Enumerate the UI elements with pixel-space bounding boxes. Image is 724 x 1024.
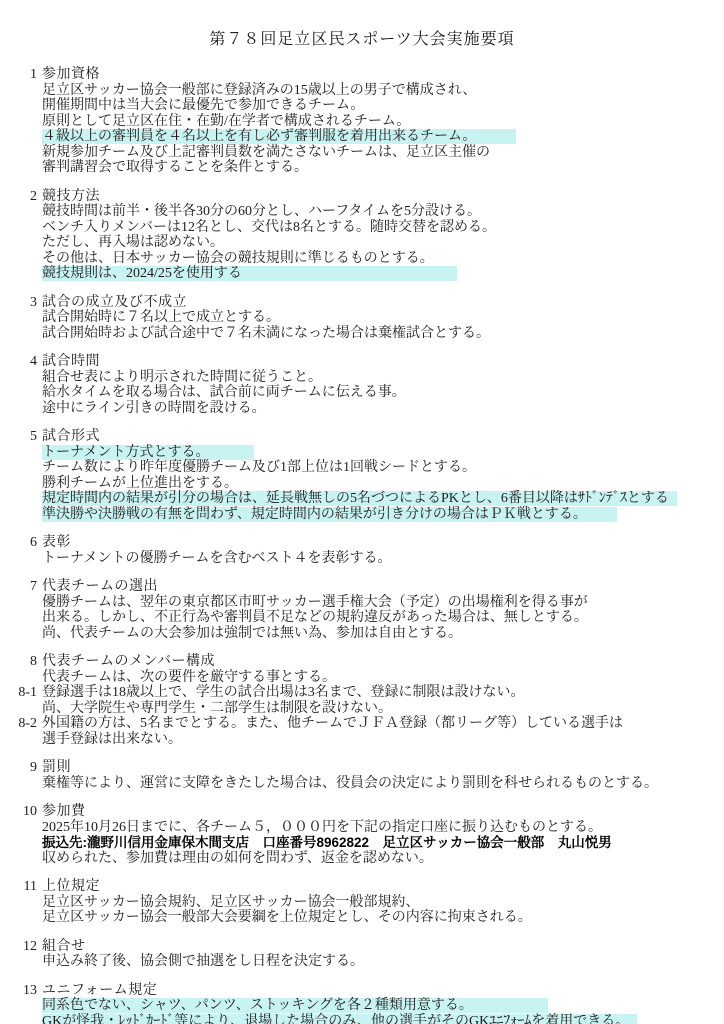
line-text: ベンチ入りメンバーは12名とし、交代は8名とする。随時交替を認める。 (42, 220, 496, 235)
section-line: 申込み終了後、協会側で抽選をし日程を決定する。 (0, 954, 724, 970)
section-line: 途中にライン引きの時間を設ける。 (0, 401, 724, 417)
section-header: 3 試合の成立及び不成立 (0, 295, 724, 311)
line-text: 代表チームは、次の要件を厳守する事とする。 (42, 670, 336, 685)
line-text: ４級以上の審判員を４名以上を有し必ず審判服を着用出来るチーム。 (42, 129, 516, 144)
line-text: 競技規則は、2024/25を使用する (42, 266, 457, 281)
section: 3 試合の成立及び不成立 試合開始時に７名以上で成立とする。 試合開始時および試… (0, 295, 724, 342)
section-number: 9 (0, 760, 37, 776)
section-heading: 組合せ (42, 939, 86, 954)
section-line: 試合開始時に７名以上で成立とする。 (0, 310, 724, 326)
section-lines: 足立区サッカー協会規約、足立区サッカー協会一般部規約、 足立区サッカー協会一般部… (0, 895, 724, 926)
section-lines: 組合せ表により明示された時間に従うこと。 給水タイムを取る場合は、試合前に両チー… (0, 370, 724, 417)
line-text: 給水タイムを取る場合は、試合前に両チームに伝える事。 (42, 385, 406, 400)
section-header: 5 試合形式 (0, 429, 724, 445)
line-text: その他は、日本サッカー協会の競技規則に準じるものとする。 (42, 251, 434, 266)
line-text: 足立区サッカー協会一般部に登録済みの15歳以上の男子で構成され、 (42, 83, 477, 98)
section: 5 試合形式 トーナメント方式とする。 チーム数により昨年度優勝チーム及び1部上… (0, 429, 724, 522)
line-text: トーナメント方式とする。 (42, 445, 254, 460)
line-text: GKが怪我・ﾚｯﾄﾞｶｰﾄﾞ等により、退場した場合のみ、他の選手がそのGKﾕﾆﾌ… (42, 1014, 637, 1024)
line-text: トーナメントの優勝チームを含むベスト４を表彰する。 (42, 551, 391, 566)
section-line: 競技規則は、2024/25を使用する (0, 266, 724, 282)
line-text: 外国籍の方は、5名までとする。また、他チームでＪＦＡ登録（都リーグ等）している選… (42, 716, 623, 731)
section: 2 競技方法 競技時間は前半・後半各30分の60分とし、ハーフタイムを5分設ける… (0, 189, 724, 282)
line-text: 原則として足立区在住・在勤/在学者で構成されるチーム。 (42, 114, 410, 129)
section-number: 12 (0, 939, 37, 955)
section-number: 1 (0, 67, 37, 83)
section-lines: 2025年10月26日までに、各チーム５，０００円を下記の指定口座に振り込むもの… (0, 820, 724, 867)
line-text: 途中にライン引きの時間を設ける。 (42, 401, 266, 416)
section-lines: トーナメントの優勝チームを含むベスト４を表彰する。 (0, 551, 724, 567)
section-line: 尚、大学院生や専門学生・二部学生は制限を設けない。 (0, 701, 724, 717)
section-number: 10 (0, 804, 37, 820)
section-lines: 試合開始時に７名以上で成立とする。 試合開始時および試合途中で７名未満になった場… (0, 310, 724, 341)
section-header: 2 競技方法 (0, 189, 724, 205)
document-page: 第７８回足立区民スポーツ大会実施要項 1 参加資格 足立区サッカー協会一般部に登… (0, 0, 724, 1024)
section-line: 競技時間は前半・後半各30分の60分とし、ハーフタイムを5分設ける。 (0, 204, 724, 220)
section-heading: 参加費 (42, 804, 86, 819)
section: 13 ユニフォーム規定 同系色でない、シャツ、パンツ、ストッキングを各２種類用意… (0, 983, 724, 1024)
line-text: 組合せ表により明示された時間に従うこと。 (42, 370, 322, 385)
section-header: 12 組合せ (0, 939, 724, 955)
section-line: 足立区サッカー協会一般部に登録済みの15歳以上の男子で構成され、 (0, 83, 724, 99)
section-line: 収められた、参加費は理由の如何を問わず、返金を認めない。 (0, 851, 724, 867)
section-line: 同系色でない、シャツ、パンツ、ストッキングを各２種類用意する。 (0, 998, 724, 1014)
section-line: 試合開始時および試合途中で７名未満になった場合は棄権試合とする。 (0, 326, 724, 342)
section-heading: 上位規定 (42, 879, 100, 894)
section-lines: 同系色でない、シャツ、パンツ、ストッキングを各２種類用意する。 GKが怪我・ﾚｯ… (0, 998, 724, 1024)
line-text: 振込先:瀧野川信用金庫保木間支店 口座番号8962822 足立区サッカー協会一般… (42, 835, 612, 850)
section-line: 優勝チームは、翌年の東京都区市町サッカー選手権大会（予定）の出場権利を得る事が (0, 595, 724, 611)
section-header: 11 上位規定 (0, 879, 724, 895)
section-heading: 罰則 (42, 760, 71, 775)
section: 1 参加資格 足立区サッカー協会一般部に登録済みの15歳以上の男子で構成され、 … (0, 67, 724, 176)
section-line: ４級以上の審判員を４名以上を有し必ず審判服を着用出来るチーム。 (0, 129, 724, 145)
section: 7 代表チームの選出 優勝チームは、翌年の東京都区市町サッカー選手権大会（予定）… (0, 579, 724, 641)
section-line: GKが怪我・ﾚｯﾄﾞｶｰﾄﾞ等により、退場した場合のみ、他の選手がそのGKﾕﾆﾌ… (0, 1014, 724, 1024)
line-text: 同系色でない、シャツ、パンツ、ストッキングを各２種類用意する。 (42, 998, 548, 1013)
section-lines: 優勝チームは、翌年の東京都区市町サッカー選手権大会（予定）の出場権利を得る事が … (0, 595, 724, 642)
section-header: 13 ユニフォーム規定 (0, 983, 724, 999)
section-heading: 参加資格 (42, 67, 100, 82)
section-line: 原則として足立区在住・在勤/在学者で構成されるチーム。 (0, 114, 724, 130)
line-text: 尚、代表チームの大会参加は強制では無い為、参加は自由とする。 (42, 626, 462, 641)
section-line: 足立区サッカー協会規約、足立区サッカー協会一般部規約、 (0, 895, 724, 911)
section-heading: 試合形式 (42, 429, 100, 444)
section-number: 5 (0, 429, 37, 445)
section-header: 10 参加費 (0, 804, 724, 820)
line-text: 足立区サッカー協会規約、足立区サッカー協会一般部規約、 (42, 895, 419, 910)
section-heading: 代表チームのメンバー構成 (42, 654, 215, 669)
section-line: 振込先:瀧野川信用金庫保木間支店 口座番号8962822 足立区サッカー協会一般… (0, 835, 724, 851)
section-line: 審判講習会で取得することを条件とする。 (0, 160, 724, 176)
line-label: 8-1 (0, 685, 37, 701)
line-text: 勝利チームが上位進出をする。 (42, 476, 238, 491)
line-text: 尚、大学院生や専門学生・二部学生は制限を設けない。 (42, 701, 392, 716)
section-line: トーナメントの優勝チームを含むベスト４を表彰する。 (0, 551, 724, 567)
line-text: 申込み終了後、協会側で抽選をし日程を決定する。 (42, 954, 364, 969)
section-number: 11 (0, 879, 37, 895)
section-line: 代表チームは、次の要件を厳守する事とする。 (0, 670, 724, 686)
section-number: 3 (0, 295, 37, 311)
line-label: 8-2 (0, 716, 37, 732)
line-text: 競技時間は前半・後半各30分の60分とし、ハーフタイムを5分設ける。 (42, 204, 481, 219)
section-line: チーム数により昨年度優勝チーム及び1部上位は1回戦シードとする。 (0, 460, 724, 476)
line-text: 選手登録は出来ない。 (42, 732, 182, 747)
section-line: 組合せ表により明示された時間に従うこと。 (0, 370, 724, 386)
section-lines: 代表チームは、次の要件を厳守する事とする。 8-1 登録選手は18歳以上で、学生… (0, 670, 724, 748)
line-text: 審判講習会で取得することを条件とする。 (42, 160, 308, 175)
section-line: 準決勝や決勝戦の有無を問わず、規定時間内の結果が引き分けの場合はＰＫ戦とする。 (0, 507, 724, 523)
section: 4 試合時間 組合せ表により明示された時間に従うこと。 給水タイムを取る場合は、… (0, 354, 724, 416)
section-line: 出来る。しかし、不正行為や審判員不足などの規約違反があった場合は、無しとする。 (0, 610, 724, 626)
section-lines: 足立区サッカー協会一般部に登録済みの15歳以上の男子で構成され、 開催期間中は当… (0, 83, 724, 176)
section-line: 新規参加チーム及び上記審判員数を満たさないチームは、足立区主催の (0, 145, 724, 161)
section: 11 上位規定 足立区サッカー協会規約、足立区サッカー協会一般部規約、 足立区サ… (0, 879, 724, 926)
section-number: 7 (0, 579, 37, 595)
line-text: 優勝チームは、翌年の東京都区市町サッカー選手権大会（予定）の出場権利を得る事が (42, 595, 588, 610)
section-line: 棄権等により、運営に支障をきたした場合は、役員会の決定により罰則を科せられるもの… (0, 776, 724, 792)
line-text: 規定時間内の結果が引分の場合は、延長戦無しの5名づつによるPKとし、6番目以降は… (42, 491, 677, 506)
section-heading: ユニフォーム規定 (42, 983, 157, 998)
section-line: 尚、代表チームの大会参加は強制では無い為、参加は自由とする。 (0, 626, 724, 642)
line-text: チーム数により昨年度優勝チーム及び1部上位は1回戦シードとする。 (42, 460, 476, 475)
section-header: 8 代表チームのメンバー構成 (0, 654, 724, 670)
line-text: ただし、再入場は認めない。 (42, 235, 224, 250)
section-line: 規定時間内の結果が引分の場合は、延長戦無しの5名づつによるPKとし、6番目以降は… (0, 491, 724, 507)
line-text: 試合開始時に７名以上で成立とする。 (42, 310, 280, 325)
section-lines: 申込み終了後、協会側で抽選をし日程を決定する。 (0, 954, 724, 970)
section-line: 8-2 外国籍の方は、5名までとする。また、他チームでＪＦＡ登録（都リーグ等）し… (0, 716, 724, 732)
section-heading: 代表チームの選出 (42, 579, 158, 594)
section-number: 4 (0, 354, 37, 370)
section-line: 開催期間中は当大会に最優先で参加できるチーム。 (0, 98, 724, 114)
section-header: 1 参加資格 (0, 67, 724, 83)
line-text: 新規参加チーム及び上記審判員数を満たさないチームは、足立区主催の (42, 145, 490, 160)
section-number: 13 (0, 983, 37, 999)
section-number: 8 (0, 654, 37, 670)
section-lines: 競技時間は前半・後半各30分の60分とし、ハーフタイムを5分設ける。 ベンチ入り… (0, 204, 724, 282)
line-text: 試合開始時および試合途中で７名未満になった場合は棄権試合とする。 (42, 326, 490, 341)
section-heading: 試合時間 (42, 354, 100, 369)
section-line: ただし、再入場は認めない。 (0, 235, 724, 251)
line-text: 足立区サッカー協会一般部大会要綱を上位規定とし、その内容に拘束される。 (42, 910, 532, 925)
line-text: 2025年10月26日までに、各チーム５，０００円を下記の指定口座に振り込むもの… (42, 820, 602, 835)
section: 9 罰則 棄権等により、運営に支障をきたした場合は、役員会の決定により罰則を科せ… (0, 760, 724, 791)
section-line: トーナメント方式とする。 (0, 445, 724, 461)
document-title: 第７８回足立区民スポーツ大会実施要項 (0, 26, 724, 49)
line-text: 収められた、参加費は理由の如何を問わず、返金を認めない。 (42, 851, 433, 866)
section: 12 組合せ 申込み終了後、協会側で抽選をし日程を決定する。 (0, 939, 724, 970)
section-line: 勝利チームが上位進出をする。 (0, 476, 724, 492)
section-number: 2 (0, 189, 37, 205)
section-line: 足立区サッカー協会一般部大会要綱を上位規定とし、その内容に拘束される。 (0, 910, 724, 926)
section-heading: 試合の成立及び不成立 (42, 295, 187, 310)
section-header: 7 代表チームの選出 (0, 579, 724, 595)
line-text: 棄権等により、運営に支障をきたした場合は、役員会の決定により罰則を科せられるもの… (42, 776, 658, 791)
section-header: 6 表彰 (0, 535, 724, 551)
section: 8 代表チームのメンバー構成 代表チームは、次の要件を厳守する事とする。 8-1… (0, 654, 724, 747)
section: 10 参加費 2025年10月26日までに、各チーム５，０００円を下記の指定口座… (0, 804, 724, 866)
section-lines: トーナメント方式とする。 チーム数により昨年度優勝チーム及び1部上位は1回戦シー… (0, 445, 724, 523)
section-line: その他は、日本サッカー協会の競技規則に準じるものとする。 (0, 251, 724, 267)
section: 6 表彰 トーナメントの優勝チームを含むベスト４を表彰する。 (0, 535, 724, 566)
sections-container: 1 参加資格 足立区サッカー協会一般部に登録済みの15歳以上の男子で構成され、 … (0, 67, 724, 1024)
line-text: 出来る。しかし、不正行為や審判員不足などの規約違反があった場合は、無しとする。 (42, 610, 588, 625)
section-line: 8-1 登録選手は18歳以上で、学生の試合出場は3名まで、登録に制限は設けない。 (0, 685, 724, 701)
line-text: 登録選手は18歳以上で、学生の試合出場は3名まで、登録に制限は設けない。 (42, 685, 524, 700)
section-number: 6 (0, 535, 37, 551)
section-line: ベンチ入りメンバーは12名とし、交代は8名とする。随時交替を認める。 (0, 220, 724, 236)
line-text: 準決勝や決勝戦の有無を問わず、規定時間内の結果が引き分けの場合はＰＫ戦とする。 (42, 507, 617, 522)
section-line: 2025年10月26日までに、各チーム５，０００円を下記の指定口座に振り込むもの… (0, 820, 724, 836)
section-header: 9 罰則 (0, 760, 724, 776)
section-lines: 棄権等により、運営に支障をきたした場合は、役員会の決定により罰則を科せられるもの… (0, 776, 724, 792)
section-line: 給水タイムを取る場合は、試合前に両チームに伝える事。 (0, 385, 724, 401)
section-heading: 競技方法 (42, 189, 100, 204)
section-header: 4 試合時間 (0, 354, 724, 370)
line-text: 開催期間中は当大会に最優先で参加できるチーム。 (42, 98, 364, 113)
section-heading: 表彰 (42, 535, 71, 550)
section-line: 選手登録は出来ない。 (0, 732, 724, 748)
